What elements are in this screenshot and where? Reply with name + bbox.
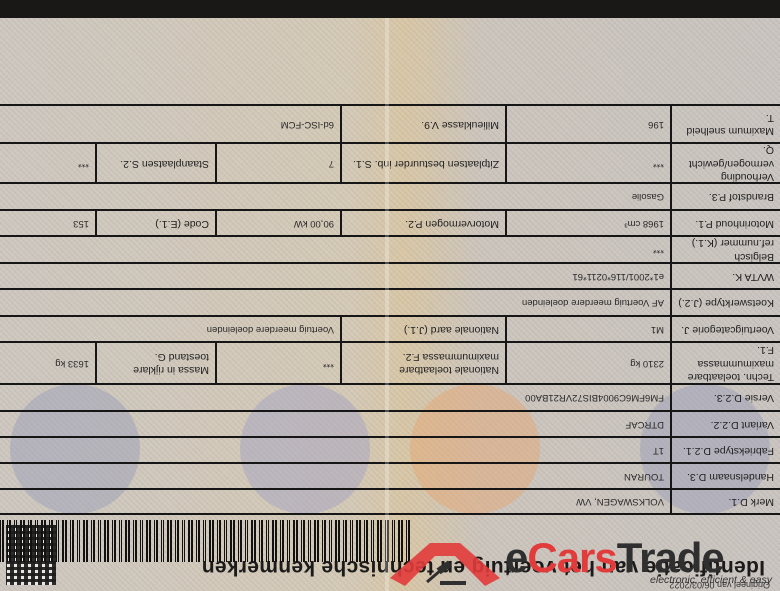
field-value: e1*2001/116*0211*61 — [0, 264, 670, 288]
field-label: Nationale aard (J.1.) — [340, 317, 505, 341]
field-label: Verhouding vermogen/gewicht Q. — [670, 144, 780, 182]
field-label: Motorinhoud P.1. — [670, 211, 780, 235]
field-value: M1 — [505, 317, 670, 341]
car-roof-logo-icon — [385, 538, 505, 588]
field-value: 90,00 kW — [215, 211, 340, 235]
table-row: WVTA K.e1*2001/116*0211*61 — [0, 262, 780, 288]
field-value: *** — [215, 343, 340, 383]
field-value: *** — [0, 237, 670, 262]
field-value: DTRCAF — [0, 412, 670, 436]
field-value: FM6FM6C9004BIS72VR21BA00 — [0, 385, 670, 410]
field-value: AF Voertuig meerdere doeleinden — [0, 290, 670, 315]
field-label: Voertuigcategorie J. — [670, 317, 780, 341]
field-label: Zitplaatsen bestuurder inb. S.1. — [340, 144, 505, 182]
field-label: WVTA K. — [670, 264, 780, 288]
table-row: Versie D.2.3.FM6FM6C9004BIS72VR21BA00 — [0, 383, 780, 410]
table-row: Variant D.2.2.DTRCAF — [0, 410, 780, 436]
table-row: Maximum snelheid T.196Milieuklasse V.9.6… — [0, 104, 780, 142]
field-value: *** — [0, 144, 95, 182]
field-label: Variant D.2.2. — [670, 412, 780, 436]
field-label: Koetswerktype (J.2.) — [670, 290, 780, 315]
field-label: Brandstof P.3. — [670, 184, 780, 209]
table-row: Motorinhoud P.1.1968 cm³Motorvermogen P.… — [0, 209, 780, 235]
field-value: 1633 kg — [0, 343, 95, 383]
original-date-note: Origineel van 06/03/2022 — [560, 580, 770, 590]
field-label: Maximum snelheid T. — [670, 106, 780, 142]
field-label: Belgisch ref.nummer (K.1.) — [670, 237, 780, 262]
rotated-document: Identificatie van het voertuig en techni… — [0, 18, 780, 591]
table-row: Voertuigcategorie J.M1Nationale aard (J.… — [0, 315, 780, 341]
table-row: Fabriekstype D.2.1.1T — [0, 436, 780, 462]
table-row: Koetswerktype (J.2.)AF Voertuig meerdere… — [0, 288, 780, 315]
field-label: Nationale toelaatbare maximummassa F.2. — [340, 343, 505, 383]
field-value: Gasolie — [0, 184, 670, 209]
field-label: Fabriekstype D.2.1. — [670, 438, 780, 462]
field-value: *** — [505, 144, 670, 182]
field-label: Code (E.1.) — [95, 211, 215, 235]
field-label: Versie D.2.3. — [670, 385, 780, 410]
field-value: 6d-ISC-FCM — [0, 106, 340, 142]
table-row: Techn. toelaatbare maximummassa F.1.2310… — [0, 341, 780, 383]
table-row: Verhouding vermogen/gewicht Q.***Zitplaa… — [0, 142, 780, 182]
field-label: Milieuklasse V.9. — [340, 106, 505, 142]
field-value: Voertuig meerdere doeleinden — [0, 317, 340, 341]
field-label: Staanplaatsen S.2. — [95, 144, 215, 182]
field-value: 7 — [215, 144, 340, 182]
table-row: Belgisch ref.nummer (K.1.)*** — [0, 235, 780, 262]
field-value: VOLKSWAGEN, VW — [0, 490, 670, 513]
registration-document: Identificatie van het voertuig en techni… — [0, 18, 780, 591]
field-value: 2310 kg — [505, 343, 670, 383]
field-label: Massa in rijklare toestand G. — [95, 343, 215, 383]
field-label: Techn. toelaatbare maximummassa F.1. — [670, 343, 780, 383]
gavel-icon — [427, 561, 466, 585]
field-value: 1T — [0, 438, 670, 462]
barcode-icon — [0, 520, 410, 562]
field-label: Merk D.1. — [670, 490, 780, 513]
table-row: Brandstof P.3.Gasolie — [0, 182, 780, 209]
paper-fold — [385, 18, 389, 591]
table-row: Merk D.1.VOLKSWAGEN, VW — [0, 488, 780, 515]
vehicle-data-table: Merk D.1.VOLKSWAGEN, VWHandelsnaam D.3.T… — [0, 104, 780, 515]
field-value: 196 — [505, 106, 670, 142]
table-row: Handelsnaam D.3.TOURAN — [0, 462, 780, 488]
field-value: 153 — [0, 211, 95, 235]
field-value: TOURAN — [0, 464, 670, 488]
field-label: Motorvermogen P.2. — [340, 211, 505, 235]
field-label: Handelsnaam D.3. — [670, 464, 780, 488]
field-value: 1968 cm³ — [505, 211, 670, 235]
